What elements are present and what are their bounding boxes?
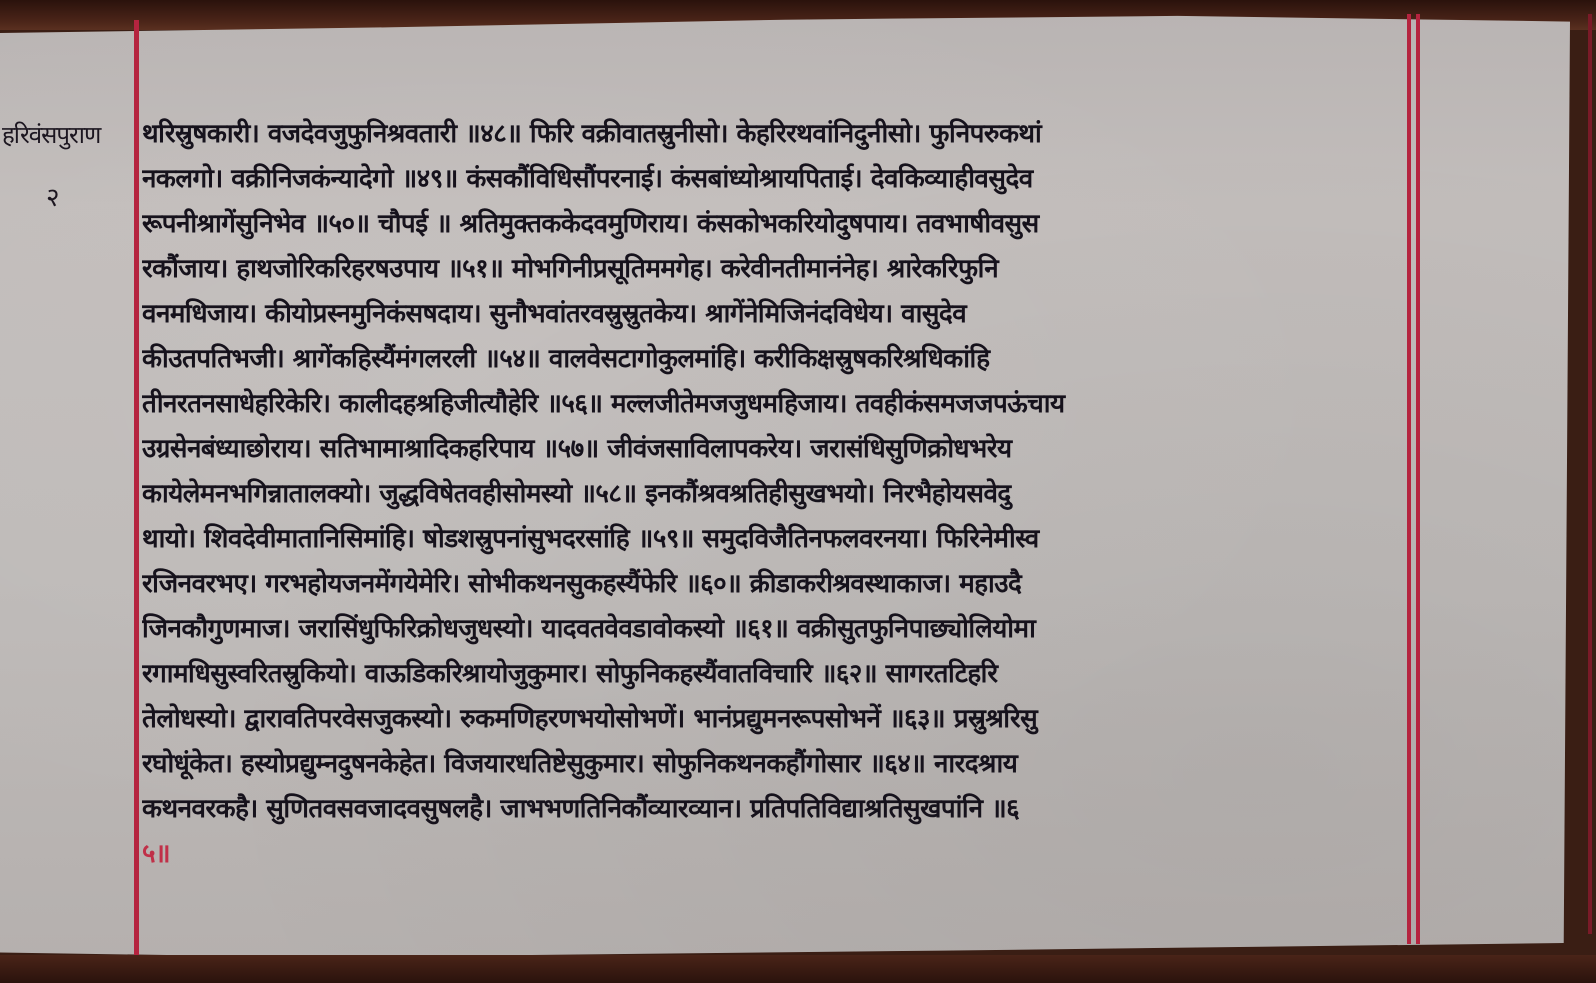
text-line: थरिस्रुषकारी। वजदेवजुफुनिश्रवतारी ॥४८॥ फ… [142,112,1412,157]
text-line: रूपनीश्रागेंसुनिभेव ॥५०॥ चौपई ॥ श्रतिमुक… [142,202,1412,247]
wooden-background-bottom [0,955,1596,983]
text-line: थायो। शिवदेवीमातानिसिमांहि। षोडशस्रुपनां… [142,517,1412,562]
text-line: जिनकौगुणमाज। जरासिंधुफिरिक्रोधजुधस्यो। य… [142,607,1412,652]
right-margin-rule-inner [1416,14,1420,944]
text-line: रकौंजाय। हाथजोरिकरिहरषउपाय ॥५१॥ मोभगिनीप… [142,247,1412,292]
text-line: रघोधूंकेत। हस्योप्रद्युम्नदुषनकेहेत। विज… [142,742,1412,787]
margin-title: हरिवंसपुराण [2,118,100,151]
text-line: नकलगो। वक्रीनिजकंन्यादेगो ॥४९॥ कंसकौंविध… [142,157,1412,202]
text-line: कायेलेमनभगिन्नातालक्यो। जुद्धविषेतवहीसोम… [142,472,1412,517]
left-margin-rule [134,20,139,960]
text-line: कीउतपतिभजी। श्रागेंकहिस्यैंमंगलरली ॥५४॥ … [142,337,1412,382]
manuscript-text: थरिस्रुषकारी। वजदेवजुफुनिश्रवतारी ॥४८॥ फ… [142,112,1412,877]
text-line: तेलोधस्यो। द्वारावतिपरवेसजुकस्यो। रुकमणि… [142,697,1412,742]
page-edge-rule [1588,14,1592,934]
folio-number: २ [46,178,60,214]
verse-number: ५॥ [142,839,170,869]
text-line-final-verse-number: ५॥ [142,832,1412,877]
text-line: कथनवरकहै। सुणितवसवजादवसुषलहै। जाभभणतिनिक… [142,787,1412,832]
text-line: रजिनवरभए। गरभहोयजनमेंगयेमेरि। सोभीकथनसुक… [142,562,1412,607]
text-line: उग्रसेनबंध्याछोराय। सतिभामाश्रादिकहरिपाय… [142,427,1412,472]
text-line: तीनरतनसाधेहरिकेरि। कालीदहश्रहिजीत्यौहेरि… [142,382,1412,427]
text-line: वनमधिजाय। कीयोप्रस्नमुनिकंसषदाय। सुनौभवा… [142,292,1412,337]
text-line: रगामधिसुस्वरितस्रुकियो। वाऊडिकरिश्रायोजु… [142,652,1412,697]
